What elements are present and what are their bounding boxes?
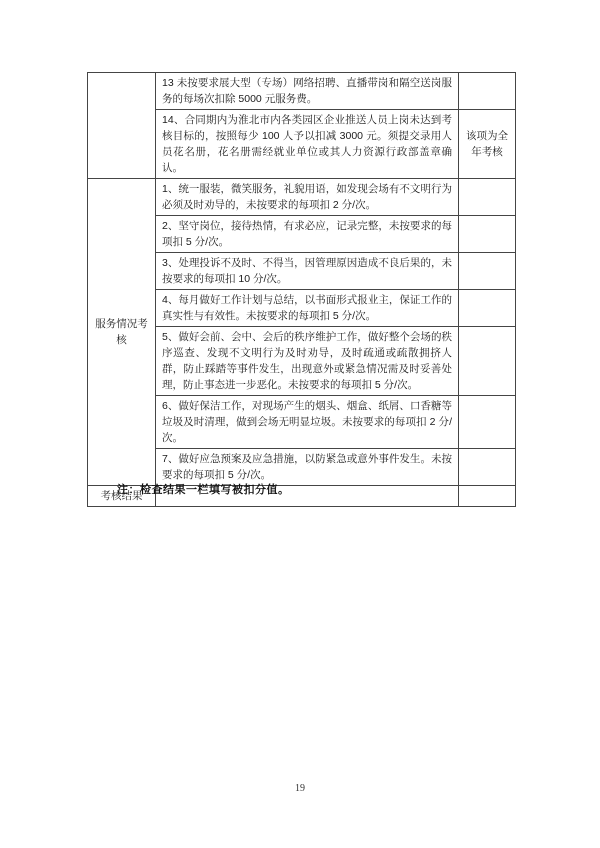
section-label-service: 服务情况考核 xyxy=(88,179,156,486)
remark-2 xyxy=(459,216,516,253)
table-row: 13 未按要求展大型（专场）网络招聘、直播带岗和隔空送岗服务的每场次扣除 500… xyxy=(88,73,516,110)
remark-1 xyxy=(459,179,516,216)
criteria-text-13: 13 未按要求展大型（专场）网络招聘、直播带岗和隔空送岗服务的每场次扣除 500… xyxy=(156,73,459,110)
section-label-carryover xyxy=(88,73,156,179)
criteria-text-1: 1、统一服装，微笑服务，礼貌用语，如发现会场有不文明行为必须及时劝导的，未按要求… xyxy=(156,179,459,216)
criteria-text-14: 14、合同期内为淮北市内各类园区企业推送人员上岗未达到考核目标的，按照每少 10… xyxy=(156,110,459,179)
result-remark-cell xyxy=(459,486,516,507)
note-text: 注：检查结果一栏填写被扣分值。 xyxy=(117,481,290,497)
remark-5 xyxy=(459,327,516,396)
remark-7 xyxy=(459,449,516,486)
table-row: 服务情况考核 1、统一服装，微笑服务，礼貌用语，如发现会场有不文明行为必须及时劝… xyxy=(88,179,516,216)
assessment-table: 13 未按要求展大型（专场）网络招聘、直播带岗和隔空送岗服务的每场次扣除 500… xyxy=(87,72,516,507)
criteria-text-7: 7、做好应急预案及应急措施，以防紧急或意外事件发生。未按要求的每项扣 5 分/次… xyxy=(156,449,459,486)
criteria-text-6: 6、做好保洁工作，对现场产生的烟头、烟盒、纸屑、口香糖等垃圾及时清理，做到会场无… xyxy=(156,396,459,449)
remark-3 xyxy=(459,253,516,290)
remark-13 xyxy=(459,73,516,110)
remark-4 xyxy=(459,290,516,327)
criteria-text-5: 5、做好会前、会中、会后的秩序维护工作，做好整个会场的秩序巡查、发现不文明行为及… xyxy=(156,327,459,396)
criteria-text-3: 3、处理投诉不及时、不得当，因管理原因造成不良后果的，未按要求的每项扣 10 分… xyxy=(156,253,459,290)
criteria-text-2: 2、坚守岗位，接待热情，有求必应，记录完整，未按要求的每项扣 5 分/次。 xyxy=(156,216,459,253)
remark-6 xyxy=(459,396,516,449)
criteria-text-4: 4、每月做好工作计划与总结，以书面形式报业主，保证工作的真实性与有效性。未按要求… xyxy=(156,290,459,327)
remark-14: 该项为全年考核 xyxy=(459,110,516,179)
document-page: 13 未按要求展大型（专场）网络招聘、直播带岗和隔空送岗服务的每场次扣除 500… xyxy=(0,0,600,848)
page-number: 19 xyxy=(0,783,600,794)
